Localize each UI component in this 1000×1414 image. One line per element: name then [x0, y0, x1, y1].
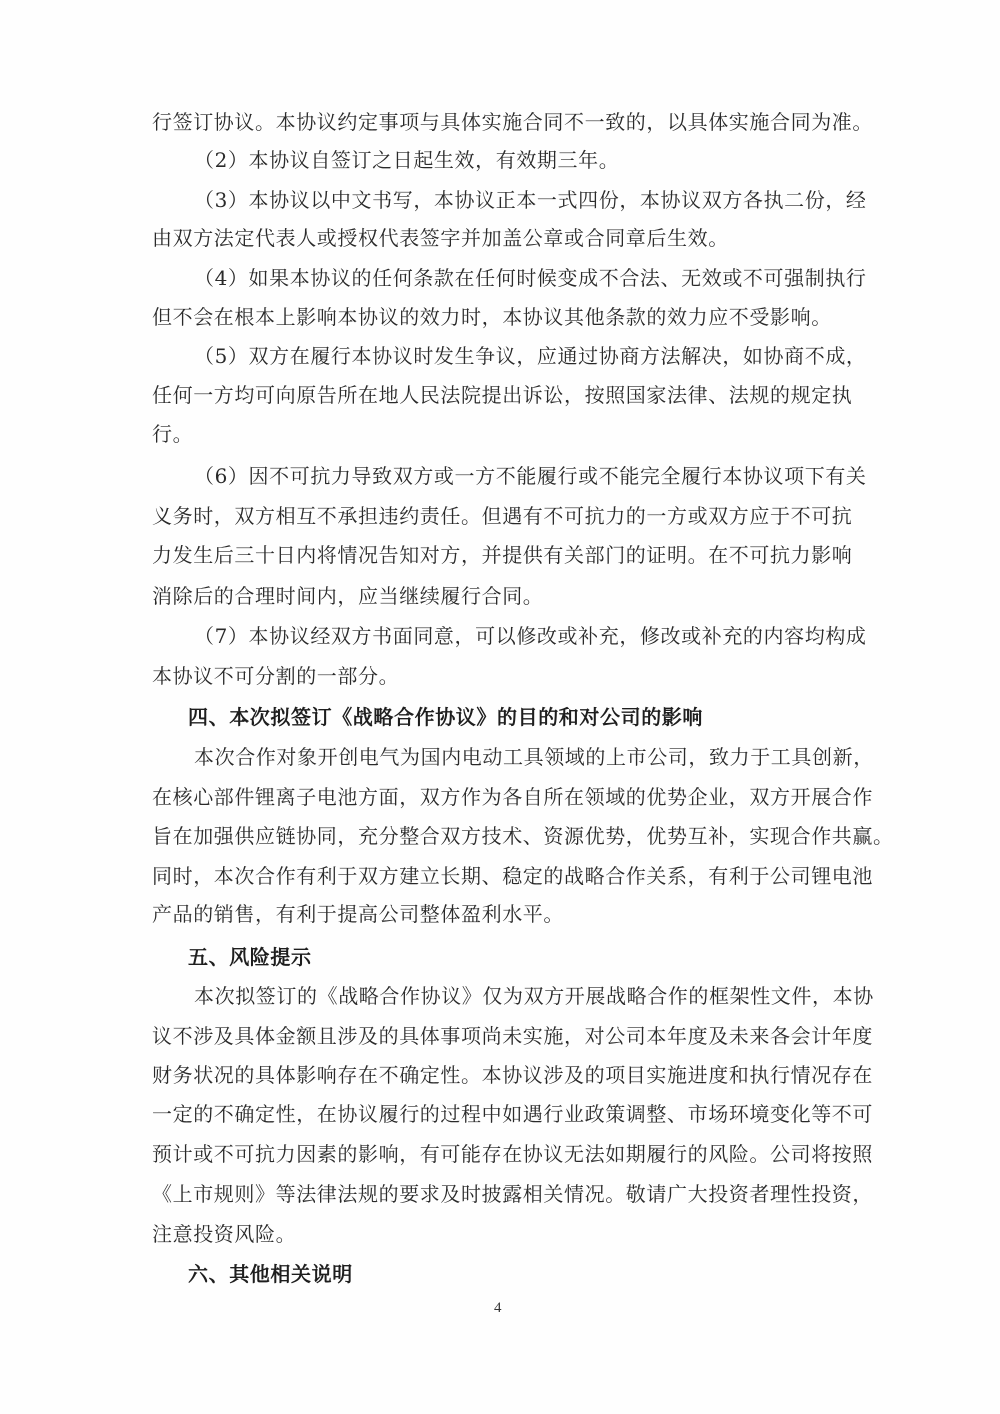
- clause-6-line: 力发生后三十日内将情况告知对方，并提供有关部门的证明。在不可抗力影响: [152, 543, 852, 567]
- clause-7-line: 本协议不可分割的一部分。: [152, 664, 852, 688]
- section-5-line: 《上市规则》等法律法规的要求及时披露相关情况。敬请广大投资者理性投资，: [152, 1182, 852, 1206]
- document-page: 行签订协议。本协议约定事项与具体实施合同不一致的，以具体实施合同为准。 （2）本…: [0, 0, 1000, 1414]
- section-4-line: 在核心部件锂离子电池方面，双方作为各自所在领域的优势企业，双方开展合作: [152, 785, 852, 809]
- clause-4-line: （4）如果本协议的任何条款在任何时候变成不合法、无效或不可强制执行: [194, 266, 852, 290]
- section-5-line: 一定的不确定性，在协议履行的过程中如遇行业政策调整、市场环境变化等不可: [152, 1102, 852, 1126]
- paragraph-line: 行签订协议。本协议约定事项与具体实施合同不一致的，以具体实施合同为准。: [152, 110, 852, 134]
- clause-6-line: 消除后的合理时间内，应当继续履行合同。: [152, 584, 852, 608]
- clause-6-line: 义务时，双方相互不承担违约责任。但遇有不可抗力的一方或双方应于不可抗: [152, 504, 852, 528]
- clause-2-line: （2）本协议自签订之日起生效，有效期三年。: [194, 148, 852, 172]
- clause-5-line: 任何一方均可向原告所在地人民法院提出诉讼，按照国家法律、法规的规定执: [152, 383, 852, 407]
- clause-5-line: （5）双方在履行本协议时发生争议，应通过协商方法解决，如协商不成，: [194, 344, 852, 368]
- section-4-heading: 四、本次拟签订《战略合作协议》的目的和对公司的影响: [188, 705, 888, 729]
- section-5-line: 本次拟签订的《战略合作协议》仅为双方开展战略合作的框架性文件，本协: [194, 984, 852, 1008]
- section-5-heading: 五、风险提示: [188, 945, 888, 969]
- section-6-heading: 六、其他相关说明: [188, 1262, 888, 1286]
- clause-5-line: 行。: [152, 422, 852, 446]
- clause-7-line: （7）本协议经双方书面同意，可以修改或补充，修改或补充的内容均构成: [194, 624, 852, 648]
- section-4-line: 同时，本次合作有利于双方建立长期、稳定的战略合作关系，有利于公司锂电池: [152, 864, 852, 888]
- section-5-line: 财务状况的具体影响存在不确定性。本协议涉及的项目实施进度和执行情况存在: [152, 1063, 852, 1087]
- section-5-line: 预计或不可抗力因素的影响，有可能存在协议无法如期履行的风险。公司将按照: [152, 1142, 852, 1166]
- section-4-line: 本次合作对象开创电气为国内电动工具领域的上市公司，致力于工具创新，: [194, 745, 852, 769]
- clause-4-line: 但不会在根本上影响本协议的效力时，本协议其他条款的效力应不受影响。: [152, 305, 852, 329]
- page-number: 4: [494, 1300, 502, 1317]
- section-5-line: 注意投资风险。: [152, 1222, 852, 1246]
- section-4-line: 产品的销售，有利于提高公司整体盈利水平。: [152, 902, 852, 926]
- section-4-line: 旨在加强供应链协同，充分整合双方技术、资源优势，优势互补，实现合作共赢。: [152, 824, 852, 848]
- section-5-line: 议不涉及具体金额且涉及的具体事项尚未实施，对公司本年度及未来各会计年度: [152, 1024, 852, 1048]
- clause-6-line: （6）因不可抗力导致双方或一方不能履行或不能完全履行本协议项下有关: [194, 464, 852, 488]
- clause-3-line: （3）本协议以中文书写，本协议正本一式四份，本协议双方各执二份，经: [194, 188, 852, 212]
- clause-3-line: 由双方法定代表人或授权代表签字并加盖公章或合同章后生效。: [152, 226, 852, 250]
